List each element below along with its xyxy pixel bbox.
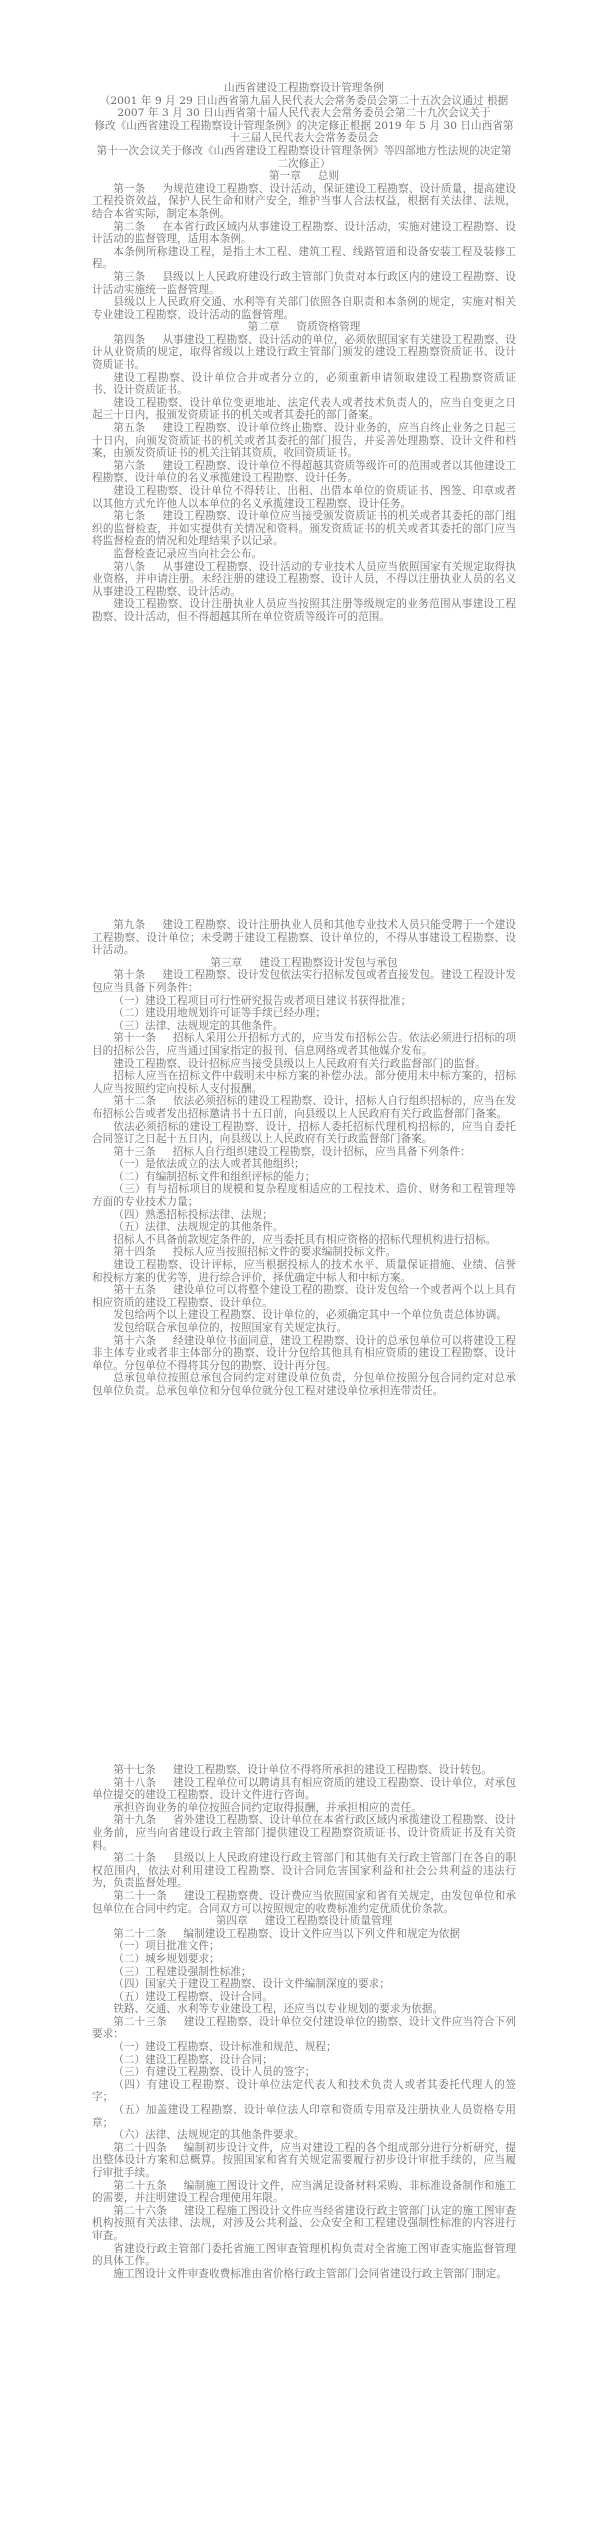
article: 第十六条经建设单位书面同意，建设工程勘察、设计的总承包单位可以将建设工程非主体专… — [92, 1335, 516, 1373]
list-item: （二）有编制招标文件和组织评标的能力； — [92, 1171, 516, 1184]
article-number: 第二十一条 — [113, 1890, 167, 1902]
article-number: 第七条 — [113, 510, 145, 522]
list-item: （二）建设工程勘察、设计合同； — [92, 2054, 516, 2067]
article-text: 从事建设工程勘察、设计活动的单位，必须依照国家有关建设工程勘察、设计从业资质的规… — [92, 334, 516, 371]
article: 第二十条县级以上人民政府建设行政主管部门和其他有关行政主管部门在各自的职权范围内… — [92, 1852, 516, 1890]
paragraph: 招标人不具备前款规定条件的，应当委托具有相应资格的招标代理机构进行招标。 — [92, 1234, 516, 1247]
paragraph: 发包给两个以上建设工程勘察、设计单位的，必须确定其中一个单位负责总体协调。 — [92, 1309, 516, 1322]
chapter-heading: 第一章总则 — [92, 170, 516, 183]
paragraph: 建设工程勘察、设计招标应当接受县级以上人民政府有关行政监督部门的监督。 — [92, 1058, 516, 1071]
list-item: （三）工程建设强制性标准； — [92, 1966, 516, 1979]
article-text: 在本省行政区域内从事建设工程勘察、设计活动，实施对建设工程勘察、设计活动的监督管… — [92, 221, 516, 246]
article-text: 招标人自行组织建设工程勘察，设计招标，应当具备下列条件： — [173, 1146, 471, 1158]
preamble-line: 第十一次会议关于修改《山西省建设工程勘察设计管理条例》等四部地方性法规的决定第二… — [92, 145, 516, 170]
article-number: 第十九条 — [113, 1814, 156, 1826]
article: 第八条从事建设工程勘察、设计活动的专业技术人员应当依照国家有关规定取得执业资格，… — [92, 561, 516, 599]
article: 第二十三条建设工程勘察、设计单位交付建设单位的勘察、设计文件应当符合下列要求： — [92, 2016, 516, 2041]
paragraph: 省建设行政主管部门委托省施工图审查管理机构负责对全省施工图审查实施监督管理的具体… — [92, 2243, 516, 2268]
paragraph: 建设工程勘察、设计注册执业人员应当按照其注册等级规定的业务范围从事建设工程勘察、… — [92, 598, 516, 623]
article: 第十七条建设工程勘察、设计单位不得将所承担的建设工程勘察、设计转包。 — [92, 1764, 516, 1777]
paragraph: 总承包单位按照总承包合同约定对建设单位负责，分包单位按照分包合同约定对总承包单位… — [92, 1372, 516, 1397]
article-number: 第十条 — [113, 969, 145, 981]
article: 第一条为规范建设工程勘察、设计活动，保证建设工程勘察、设计质量，提高建设工程投资… — [92, 183, 516, 221]
article: 第十三条招标人自行组织建设工程勘察，设计招标，应当具备下列条件： — [92, 1146, 516, 1159]
chapter-heading: 第二章资质资格管理 — [92, 321, 516, 334]
chapter-number: 第一章 — [269, 170, 301, 182]
article-number: 第五条 — [113, 422, 145, 434]
paragraph: 发包给联合承包单位的，按照国家有关规定执行。 — [92, 1322, 516, 1335]
article-number: 第二十五条 — [113, 2180, 167, 2192]
list-item: （一）项目批准文件； — [92, 1940, 516, 1953]
document-page-3: 第十七条建设工程勘察、设计单位不得将所承担的建设工程勘察、设计转包。 第十八条建… — [92, 1764, 516, 2280]
paragraph: 本条例所称建设工程，是指土木工程、建筑工程、线路管道和设备安装工程及装修工程。 — [92, 246, 516, 271]
list-item: （三）有建设工程勘察、设计人员的签字； — [92, 2066, 516, 2079]
list-item: （二）建设用地规划许可证等手续已经办理； — [92, 1007, 516, 1020]
article: 第九条建设工程勘察、设计注册执业人员和其他专业技术人员只能受聘于一个建设工程勘察… — [92, 919, 516, 957]
article-number: 第九条 — [113, 919, 145, 931]
paragraph: 铁路、交通、水利等专业建设工程，还应当以专业规划的要求为依据。 — [92, 2003, 516, 2016]
article-text: 县级以上人民政府建设行政主管部门负责对本行政区内的建设工程勘察、设计活动实施统一… — [92, 271, 516, 296]
article: 第十四条投标人应当按照招标文件的要求编制投标文件。 — [92, 1246, 516, 1259]
article-text: 建设工程勘察、设计单位应当接受颁发资质证书的机关或者其委托的部门组织的监督检查，… — [92, 510, 516, 547]
article-text: 建设工程勘察、设计单位不得将所承担的建设工程勘察、设计转包。 — [173, 1764, 492, 1776]
article: 第四条从事建设工程勘察、设计活动的单位，必须依照国家有关建设工程勘察、设计从业资… — [92, 334, 516, 372]
article-number: 第十八条 — [113, 1777, 156, 1789]
list-item: （一）建设工程项目可行性研究报告或者项目建议书获得批准； — [92, 995, 516, 1008]
document-page-2: 第九条建设工程勘察、设计注册执业人员和其他专业技术人员只能受聘于一个建设工程勘察… — [92, 919, 516, 1398]
list-item: （五）法律、法规规定的其他条件。 — [92, 1221, 516, 1234]
paragraph: 监督检查记录应当向社会公布。 — [92, 548, 516, 561]
chapter-number: 第三章 — [210, 957, 242, 969]
article-number: 第二十四条 — [113, 2142, 167, 2154]
article: 第二十二条编制建设工程勘察、设计文件应当以下列文件和规定为依据 — [92, 1928, 516, 1941]
article: 第三条县级以上人民政府建设行政主管部门负责对本行政区内的建设工程勘察、设计活动实… — [92, 271, 516, 296]
article-number: 第十四条 — [113, 1246, 156, 1258]
paragraph: 施工图设计文件审查收费标准由省价格行政主管部门会同省建设行政主管部门制定。 — [92, 2268, 516, 2281]
list-item: （一）建设工程勘察、设计标准和规范、规程； — [92, 2041, 516, 2054]
paragraph: 建设工程勘察、设计评标，应当根据投标人的技术水平、质量保证措施、业绩、信誉和投标… — [92, 1259, 516, 1284]
list-item: （二）城乡规划要求； — [92, 1953, 516, 1966]
article-number: 第十七条 — [113, 1764, 156, 1776]
article: 第二十四条编制初步设计文件，应当对建设工程的各个组成部分进行分析研究，提出整体设… — [92, 2142, 516, 2180]
chapter-number: 第四章 — [216, 1915, 248, 1927]
article-number: 第六条 — [113, 460, 145, 472]
article-number: 第四条 — [113, 334, 145, 346]
article-number: 第二十二条 — [113, 1928, 166, 1940]
list-item: （三）有与招标项目的规模和复杂程度相适应的工程技术、造价、财务和工程管理等方面的… — [92, 1183, 516, 1208]
paragraph: 依法必须招标的建设工程勘察、设计，招标人委托招标代理机构招标的，应当自委托合同签… — [92, 1121, 516, 1146]
list-item: （四）熟悉招标投标法律、法规； — [92, 1209, 516, 1222]
article-number: 第八条 — [113, 561, 145, 573]
list-item: （六）法律、法规规定的其他条件要求。 — [92, 2129, 516, 2142]
article-number: 第三条 — [113, 271, 145, 283]
document-title: 山西省建设工程勘察设计管理条例 — [92, 82, 516, 95]
article: 第十九条省外建设工程勘察、设计单位在本省行政区域内承揽建设工程勘察、设计业务前，… — [92, 1814, 516, 1852]
list-item: （一）是依法成立的法人或者其他组织； — [92, 1158, 516, 1171]
article-number: 第二十条 — [113, 1852, 156, 1864]
paragraph: 县级以上人民政府交通、水利等有关部门依照各自职责和本条例的规定，实施对相关专业建… — [92, 296, 516, 321]
article: 第十一条招标人采用公开招标方式的，应当发布招标公告。依法必须进行招标的项目的招标… — [92, 1032, 516, 1057]
article: 第十条建设工程勘察、设计发包依法实行招标发包或者直接发包。建设工程设计发包应当具… — [92, 969, 516, 994]
article: 第二十六条建设工程施工图设计文件应当经省建设行政主管部门认定的施工图审查机构按照… — [92, 2205, 516, 2243]
article-number: 第十三条 — [113, 1146, 156, 1158]
article: 第七条建设工程勘察、设计单位应当接受颁发资质证书的机关或者其委托的部门组织的监督… — [92, 510, 516, 548]
list-item: （三）法律、法规规定的其他条件。 — [92, 1020, 516, 1033]
article-number: 第二十三条 — [113, 2016, 167, 2028]
list-item: （五）加盖建设工程勘察、设计单位法人印章和资质专用章及注册执业人员资格专用章； — [92, 2104, 516, 2129]
article: 第十五条建设单位可以将整个建设工程的勘察、设计发包给一个或者两个以上具有相应资质… — [92, 1284, 516, 1309]
article: 第五条建设工程勘察、设计单位终止勘察、设计业务的，应当自终止业务之日起三十日内，… — [92, 422, 516, 460]
article-text: 建设工程勘察、设计单位不得超越其资质等级许可的范围或者以其他建设工程勘察、设计单… — [92, 460, 516, 485]
article-number: 第十六条 — [113, 1335, 156, 1347]
article: 第二十五条编制施工图设计文件，应当满足设备材料采购、非标准设备制作和施工的需要，… — [92, 2180, 516, 2205]
paragraph: 承担咨询业务的单位按照合同约定取得报酬，并承担相应的责任。 — [92, 1802, 516, 1815]
chapter-heading: 第四章建设工程勘察设计质量管理 — [92, 1915, 516, 1928]
chapter-name: 建设工程勘察设计发包与承包 — [259, 957, 397, 969]
document-page-1: 山西省建设工程勘察设计管理条例 （2001 年 9 月 29 日山西省第九届人民… — [92, 82, 516, 624]
article-text: 编制建设工程勘察、设计文件应当以下列文件和规定为依据 — [183, 1928, 460, 1940]
article: 第十二条依法必须招标的建设工程勘察、设计，招标人自行组织招标的，应当在发布招标公… — [92, 1095, 516, 1120]
article: 第二条在本省行政区域内从事建设工程勘察、设计活动，实施对建设工程勘察、设计活动的… — [92, 221, 516, 246]
paragraph: 建设工程勘察、设计单位合并或者分立的，必须重新申请领取建设工程勘察资质证书、设计… — [92, 372, 516, 397]
article-text: 为规范建设工程勘察、设计活动，保证建设工程勘察、设计质量，提高建设工程投资效益，… — [92, 183, 516, 220]
article-number: 第二条 — [113, 221, 145, 233]
article: 第二十一条建设工程勘察费、设计费应当依照国家和省有关规定，由发包单位和承包单位在… — [92, 1890, 516, 1915]
article-number: 第十一条 — [113, 1032, 156, 1044]
chapter-number: 第二章 — [248, 321, 280, 333]
article: 第十八条建设工程单位可以聘请具有相应资质的建设工程勘察、设计单位，对承包单位提交… — [92, 1777, 516, 1802]
article-number: 第十五条 — [113, 1284, 156, 1296]
article-text: 建设工程勘察、设计发包依法实行招标发包或者直接发包。建设工程设计发包应当具备下列… — [92, 969, 516, 994]
preamble-line: 修改《山西省建设工程勘察设计管理条例》的决定修正根据 2019 年 5 月 30… — [92, 120, 516, 145]
article-text: 建设工程勘察、设计注册执业人员和其他专业技术人员只能受聘于一个建设工程勘察、设计… — [92, 919, 516, 956]
article-number: 第二十六条 — [113, 2205, 167, 2217]
paragraph: 建设工程勘察、设计单位不得转让、出租、出借本单位的资质证书、图签、印章或者以其他… — [92, 485, 516, 510]
list-item: （五）建设工程勘察、设计合同。 — [92, 1991, 516, 2004]
chapter-name: 建设工程勘察设计质量管理 — [265, 1915, 393, 1927]
article-text: 从事建设工程勘察、设计活动的专业技术人员应当依照国家有关规定取得执业资格，并申请… — [92, 561, 516, 598]
article: 第六条建设工程勘察、设计单位不得超越其资质等级许可的范围或者以其他建设工程勘察、… — [92, 460, 516, 485]
paragraph: 建设工程勘察、设计单位变更地址、法定代表人或者技术负责人的，应当自变更之日起三十… — [92, 397, 516, 422]
chapter-name: 资质资格管理 — [297, 321, 361, 333]
preamble-line: （2001 年 9 月 29 日山西省第九届人民代表大会常务委员会第二十五次会议… — [92, 95, 516, 120]
list-item: （四）有建设工程勘察、设计单位法定代表人和技术负责人或者其委托代理人的签字； — [92, 2079, 516, 2104]
article-number: 第一条 — [113, 183, 145, 195]
article-text: 投标人应当按照招标文件的要求编制投标文件。 — [173, 1246, 397, 1258]
chapter-name: 总则 — [318, 170, 339, 182]
article-text: 建设工程勘察、设计单位终止勘察、设计业务的，应当自终止业务之日起三十日内，向颁发… — [92, 422, 516, 459]
chapter-heading: 第三章建设工程勘察设计发包与承包 — [92, 957, 516, 970]
paragraph: 招标人应当在招标文件中载明未中标方案的补偿办法。部分使用未中标方案的，招标人应当… — [92, 1070, 516, 1095]
article-number: 第十二条 — [113, 1095, 156, 1107]
list-item: （四）国家关于建设工程勘察、设计文件编制深度的要求； — [92, 1978, 516, 1991]
